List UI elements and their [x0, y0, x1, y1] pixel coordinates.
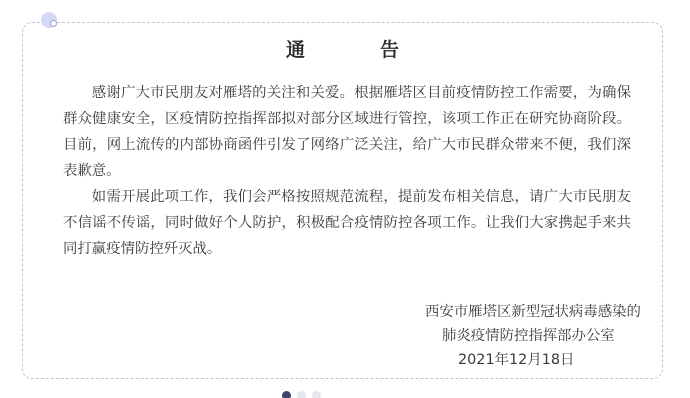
pager-dot-2[interactable]: [297, 391, 306, 398]
notice-signature: 西安市雁塔区新型冠状病毒感染的 肺炎疫情防控指挥部办公室 2021年12月18日: [423, 300, 663, 372]
notice-card: 通 告 感谢广大市民朋友对雁塔的关注和关爱。根据雁塔区目前疫情防控工作需要，为确…: [22, 22, 663, 379]
signature-org-line-2: 肺炎疫情防控指挥部办公室: [423, 324, 663, 348]
notice-paragraph-1: 感谢广大市民朋友对雁塔的关注和关爱。根据雁塔区目前疫情防控工作需要，为确保群众健…: [63, 80, 631, 184]
notice-title: 通 告: [23, 35, 662, 62]
signature-date: 2021年12月18日: [423, 348, 663, 372]
signature-org-line-1: 西安市雁塔区新型冠状病毒感染的: [423, 300, 663, 324]
pager-dot-3[interactable]: [312, 391, 321, 398]
notice-body: 感谢广大市民朋友对雁塔的关注和关爱。根据雁塔区目前疫情防控工作需要，为确保群众健…: [63, 80, 631, 262]
pager-dot-1[interactable]: [282, 391, 291, 398]
notice-paragraph-2: 如需开展此项工作，我们会严格按照规范流程，提前发布相关信息，请广大市民朋友不信谣…: [63, 184, 631, 262]
carousel-pager: [282, 391, 321, 398]
corner-accent-ring-icon: [50, 20, 57, 27]
